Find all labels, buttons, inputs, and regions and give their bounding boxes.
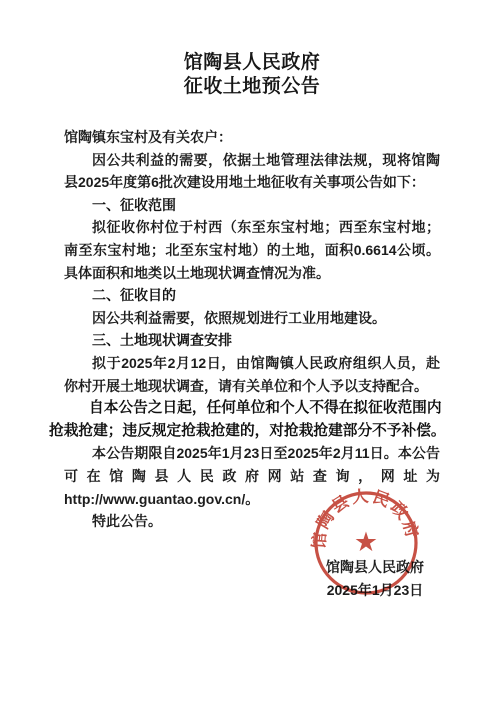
section-2-heading: 二、征收目的 bbox=[64, 284, 440, 307]
document-title: 馆陶县人民政府 征收土地预公告 bbox=[64, 51, 440, 98]
section-2-body: 因公共利益需要，依照规划进行工业用地建设。 bbox=[64, 307, 440, 330]
title-line-1: 馆陶县人民政府 bbox=[64, 51, 440, 75]
warning-line-2: 抢栽抢建；违反规定抢栽抢建的，对抢栽抢建部分不予补偿。 bbox=[49, 420, 454, 443]
warning-line-1: 自本公告之日起，任何单位和个人不得在拟征收范围内 bbox=[49, 397, 454, 420]
signature-name: 馆陶县人民政府 bbox=[305, 556, 445, 579]
signature-date: 2025年1月23日 bbox=[305, 579, 445, 602]
document-body: 馆陶镇东宝村及有关农户： 因公共利益的需要，依据土地管理法律法规，现将馆陶县20… bbox=[64, 126, 440, 533]
section-3-heading: 三、土地现状调查安排 bbox=[64, 329, 440, 352]
section-1-body: 拟征收你村位于村西（东至东宝村地；西至东宝村地；南至东宝村地；北至东宝村地）的土… bbox=[64, 216, 440, 284]
title-line-2: 征收土地预公告 bbox=[64, 75, 440, 99]
paragraph-validity: 本公告期限自2025年1月23日至2025年2月11日。本公告可在馆陶县人民政府… bbox=[64, 442, 440, 510]
signature-block: 馆陶县人民政府 2025年1月23日 bbox=[305, 556, 445, 601]
section-3-body: 拟于2025年2月12日，由馆陶镇人民政府组织人员，赴你村开展土地现状调查，请有… bbox=[64, 352, 440, 397]
salutation: 馆陶镇东宝村及有关农户： bbox=[64, 126, 440, 149]
website-url: http://www.guantao.gov.cn/。 bbox=[64, 491, 259, 507]
validity-text: 本公告期限自2025年1月23日至2025年2月11日。本公告可在馆陶县人民政府… bbox=[64, 445, 440, 484]
paragraph-warning: 自本公告之日起，任何单位和个人不得在拟征收范围内 抢栽抢建；违反规定抢栽抢建的，… bbox=[49, 397, 454, 442]
section-1-heading: 一、征收范围 bbox=[64, 194, 440, 217]
paragraph-closing: 特此公告。 bbox=[64, 510, 440, 533]
announcement-document: 馆陶县人民政府 征收土地预公告 馆陶镇东宝村及有关农户： 因公共利益的需要，依据… bbox=[0, 0, 500, 709]
paragraph-intro: 因公共利益的需要，依据土地管理法律法规，现将馆陶县2025年度第6批次建设用地土… bbox=[64, 149, 440, 194]
